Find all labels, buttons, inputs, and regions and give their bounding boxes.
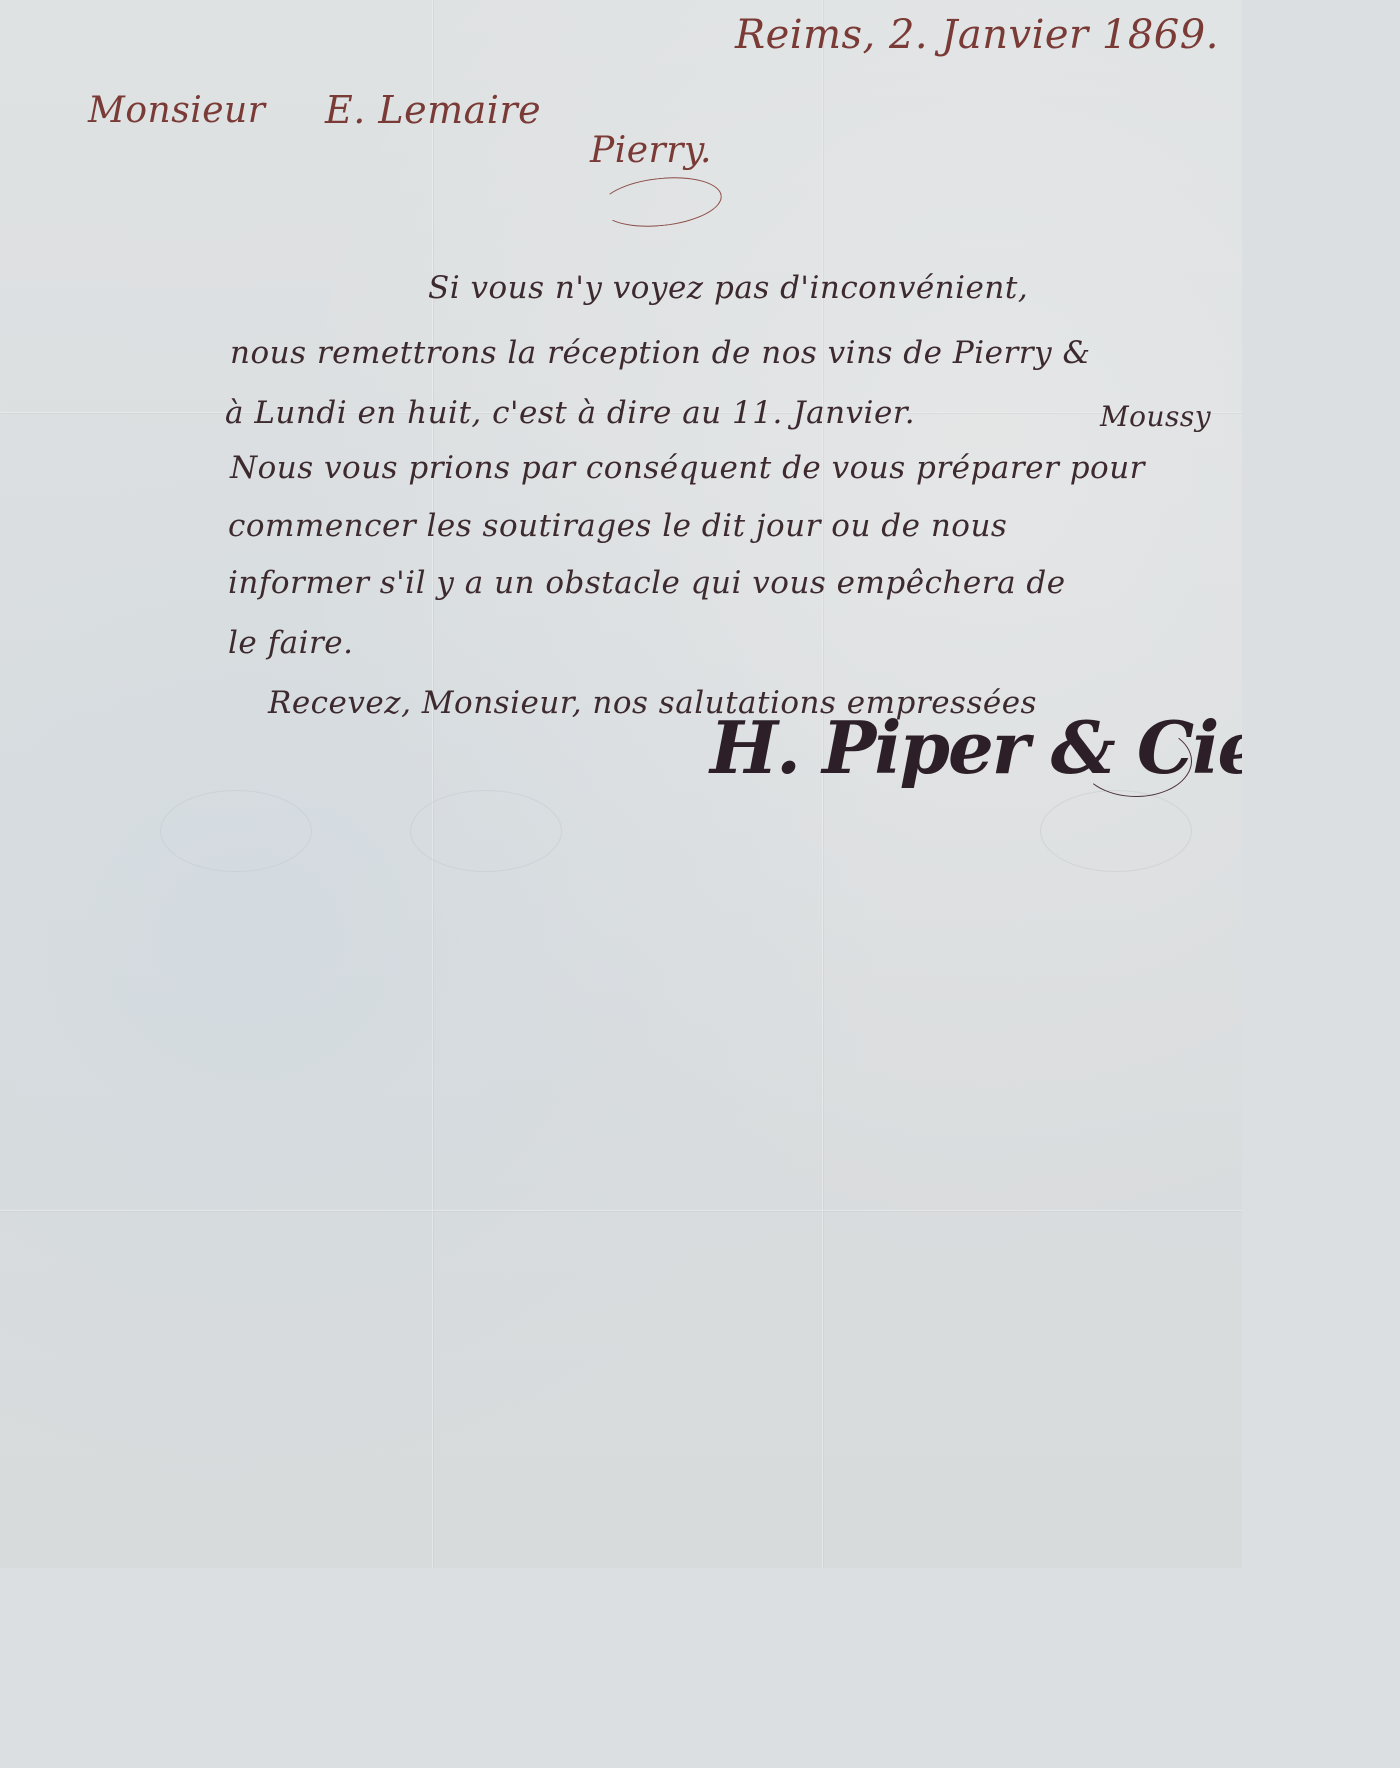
signature-flourish <box>1080 725 1192 797</box>
salutation: Monsieur <box>88 90 265 131</box>
body-line: Nous vous prions par conséquent de vous … <box>230 450 1145 486</box>
body-line: à Lundi en huit, c'est à dire au 11. Jan… <box>225 395 915 431</box>
body-line: informer s'il y a un obstacle qui vous e… <box>228 565 1066 601</box>
fold-crease-horizontal <box>0 1210 1242 1212</box>
body-line: le faire. <box>228 625 354 661</box>
recipient-place: Pierry. <box>590 130 712 171</box>
embossed-stamp <box>1040 790 1192 872</box>
date-line: Reims, 2. Janvier 1869. <box>735 12 1219 58</box>
body-line: Si vous n'y voyez pas d'inconvénient, <box>428 270 1028 306</box>
recipient-name: E. Lemaire <box>325 88 541 132</box>
embossed-stamp <box>410 790 562 872</box>
body-line: nous remettrons la réception de nos vins… <box>230 335 1091 371</box>
body-line: commencer les soutirages le dit jour ou … <box>228 508 1007 544</box>
margin-note: Moussy <box>1100 400 1211 433</box>
fold-crease-vertical <box>432 0 434 1568</box>
embossed-stamp <box>160 790 312 872</box>
